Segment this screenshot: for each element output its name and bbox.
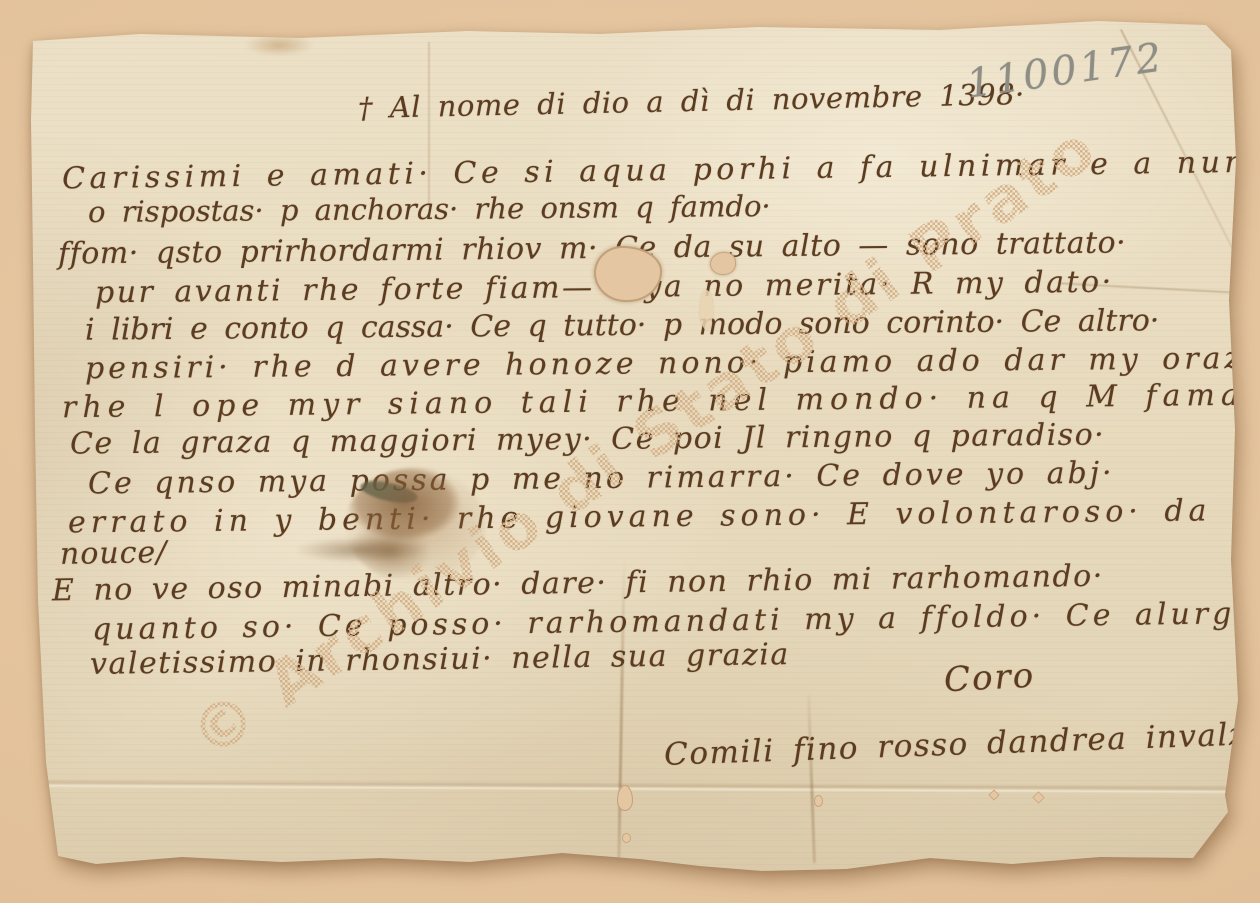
paper-hole-dot-1 bbox=[622, 833, 631, 843]
paper-sheet: † Al nome di dio a dì di novembre 1398· … bbox=[0, 0, 1260, 903]
manuscript-header-line: † Al nome di dio a dì di novembre 1398· bbox=[358, 77, 1025, 125]
manuscript-line-1: Carissimi e amati· Ce si aqua porhi a fa… bbox=[62, 145, 1260, 197]
manuscript-line-3: ffom· qsto prirhordarmi rhiov m· Ce da s… bbox=[58, 225, 1126, 271]
manuscript-line-11: nouce/ bbox=[60, 535, 168, 572]
crease-vertical-right bbox=[807, 695, 816, 863]
paper-hole-dot-3 bbox=[988, 789, 999, 800]
manuscript-line-8: Ce la graza q maggiori myey· Ce poi Jl r… bbox=[70, 417, 1106, 461]
stain-smudge bbox=[278, 534, 443, 566]
paper-hole-diamond bbox=[617, 785, 633, 811]
manuscript-line-9: Ce qnso mya possa p me no rimarra· Ce do… bbox=[88, 456, 1115, 502]
manuscript-line-2: o rispostas· p anchoras· rhe onsm q famd… bbox=[88, 189, 771, 229]
paper-hole-dot-4 bbox=[1032, 791, 1045, 804]
manuscript-line-5: i libri e conto q cassa· Ce q tutto· p m… bbox=[85, 303, 1160, 347]
fold-crease-horizontal bbox=[36, 779, 1230, 794]
photo-backdrop: † Al nome di dio a dì di novembre 1398· … bbox=[0, 0, 1260, 903]
top-edge-stain bbox=[236, 34, 322, 62]
valediction: Coro bbox=[943, 656, 1036, 701]
paper-shadow-wrap: † Al nome di dio a dì di novembre 1398· … bbox=[0, 0, 1260, 903]
archive-number-pencil: 1100172 bbox=[964, 34, 1168, 107]
paper-hole-dot-2 bbox=[814, 795, 823, 807]
manuscript-line-10: errato in y benti· rhe giovane sono· E v… bbox=[68, 493, 1260, 541]
manuscript-line-4: pur avanti rhe forte fiam— mya no merita… bbox=[95, 265, 1114, 311]
signature-line: Comili fino rosso dandrea invalzas bbox=[664, 715, 1260, 773]
